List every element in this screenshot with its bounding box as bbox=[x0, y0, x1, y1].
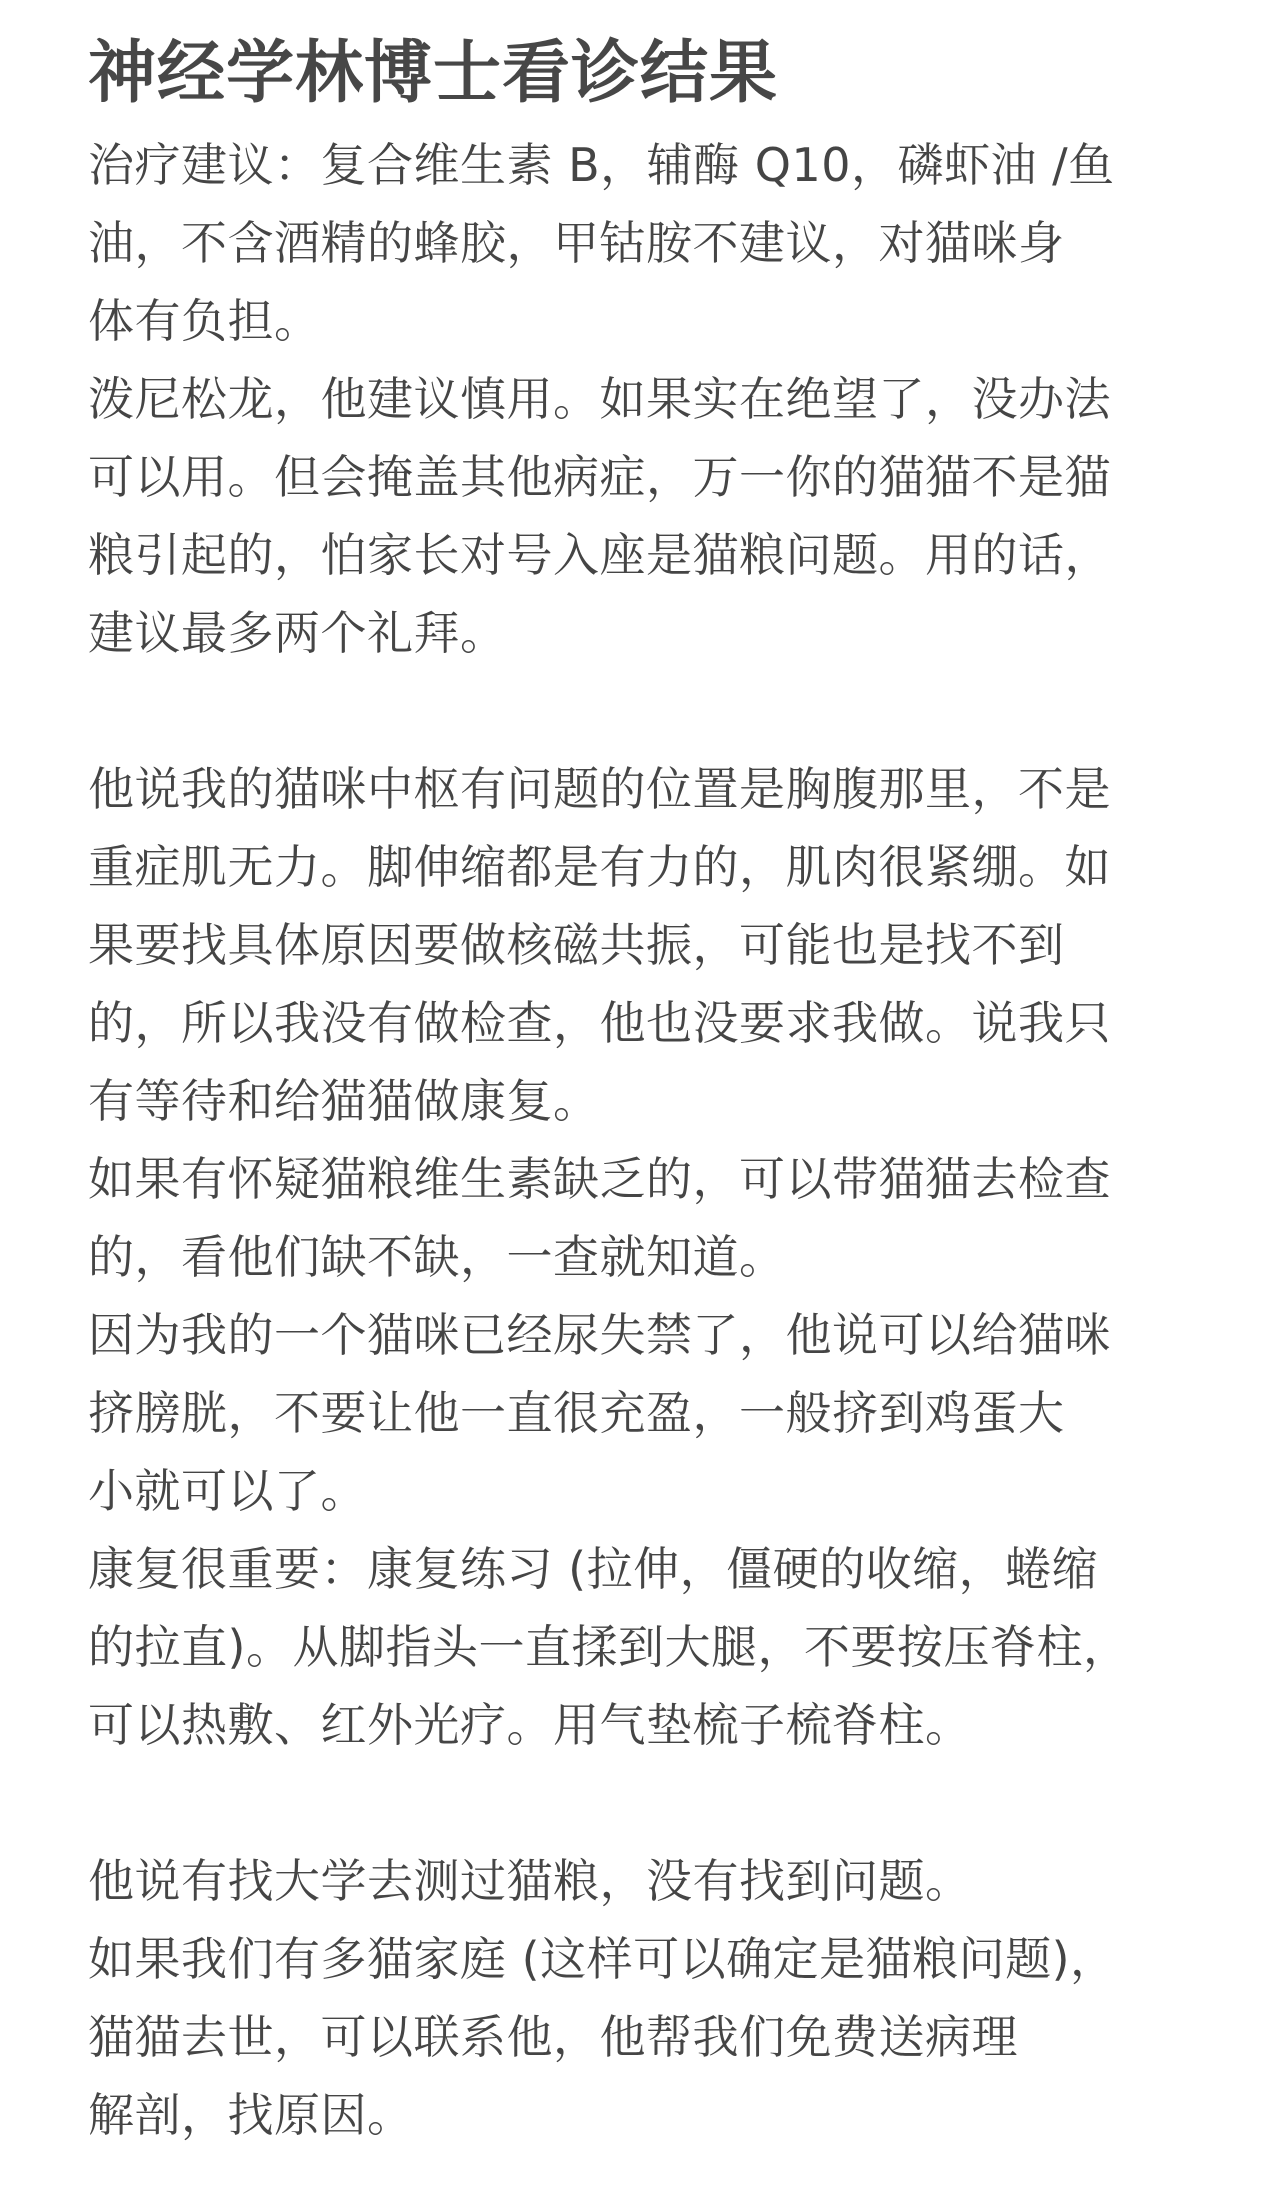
text-line: 康复很重要：康复练习 (拉伸，僵硬的收缩，蜷缩 bbox=[88, 1530, 1284, 1608]
text-line: 建议最多两个礼拜。 bbox=[88, 594, 1284, 672]
text-line: 的，所以我没有做检查，他也没要求我做。说我只 bbox=[88, 984, 1284, 1062]
text-line: 如果有怀疑猫粮维生素缺乏的，可以带猫猫去检查 bbox=[88, 1140, 1284, 1218]
text-line: 可以用。但会掩盖其他病症，万一你的猫猫不是猫 bbox=[88, 438, 1284, 516]
text-line: 体有负担。 bbox=[88, 282, 1284, 360]
document-body: 治疗建议：复合维生素 B，辅酶 Q10，磷虾油 /鱼 油，不含酒精的蜂胶，甲钴胺… bbox=[88, 126, 1284, 2154]
text-line: 他说我的猫咪中枢有问题的位置是胸腹那里，不是 bbox=[88, 750, 1284, 828]
text-line: 治疗建议：复合维生素 B，辅酶 Q10，磷虾油 /鱼 bbox=[88, 126, 1284, 204]
text-line: 因为我的一个猫咪已经尿失禁了，他说可以给猫咪 bbox=[88, 1296, 1284, 1374]
blank-line bbox=[88, 1764, 1284, 1842]
text-line: 油，不含酒精的蜂胶，甲钴胺不建议，对猫咪身 bbox=[88, 204, 1284, 282]
text-line: 如果我们有多猫家庭 (这样可以确定是猫粮问题)， bbox=[88, 1920, 1284, 1998]
text-line: 的拉直)。从脚指头一直揉到大腿，不要按压脊柱， bbox=[88, 1608, 1284, 1686]
blank-line bbox=[88, 672, 1284, 750]
document-page: 神经学林博士看诊结果 治疗建议：复合维生素 B，辅酶 Q10，磷虾油 /鱼 油，… bbox=[0, 0, 1284, 2154]
text-line: 有等待和给猫猫做康复。 bbox=[88, 1062, 1284, 1140]
text-line: 果要找具体原因要做核磁共振，可能也是找不到 bbox=[88, 906, 1284, 984]
text-line: 粮引起的，怕家长对号入座是猫粮问题。用的话， bbox=[88, 516, 1284, 594]
text-line: 可以热敷、红外光疗。用气垫梳子梳脊柱。 bbox=[88, 1686, 1284, 1764]
text-line: 泼尼松龙，他建议慎用。如果实在绝望了，没办法 bbox=[88, 360, 1284, 438]
text-line: 重症肌无力。脚伸缩都是有力的，肌肉很紧绷。如 bbox=[88, 828, 1284, 906]
page-title: 神经学林博士看诊结果 bbox=[88, 26, 1284, 122]
text-line: 小就可以了。 bbox=[88, 1452, 1284, 1530]
text-line: 解剖，找原因。 bbox=[88, 2076, 1284, 2154]
text-line: 挤膀胱，不要让他一直很充盈，一般挤到鸡蛋大 bbox=[88, 1374, 1284, 1452]
text-line: 他说有找大学去测过猫粮，没有找到问题。 bbox=[88, 1842, 1284, 1920]
text-line: 猫猫去世，可以联系他，他帮我们免费送病理 bbox=[88, 1998, 1284, 2076]
text-line: 的，看他们缺不缺，一查就知道。 bbox=[88, 1218, 1284, 1296]
